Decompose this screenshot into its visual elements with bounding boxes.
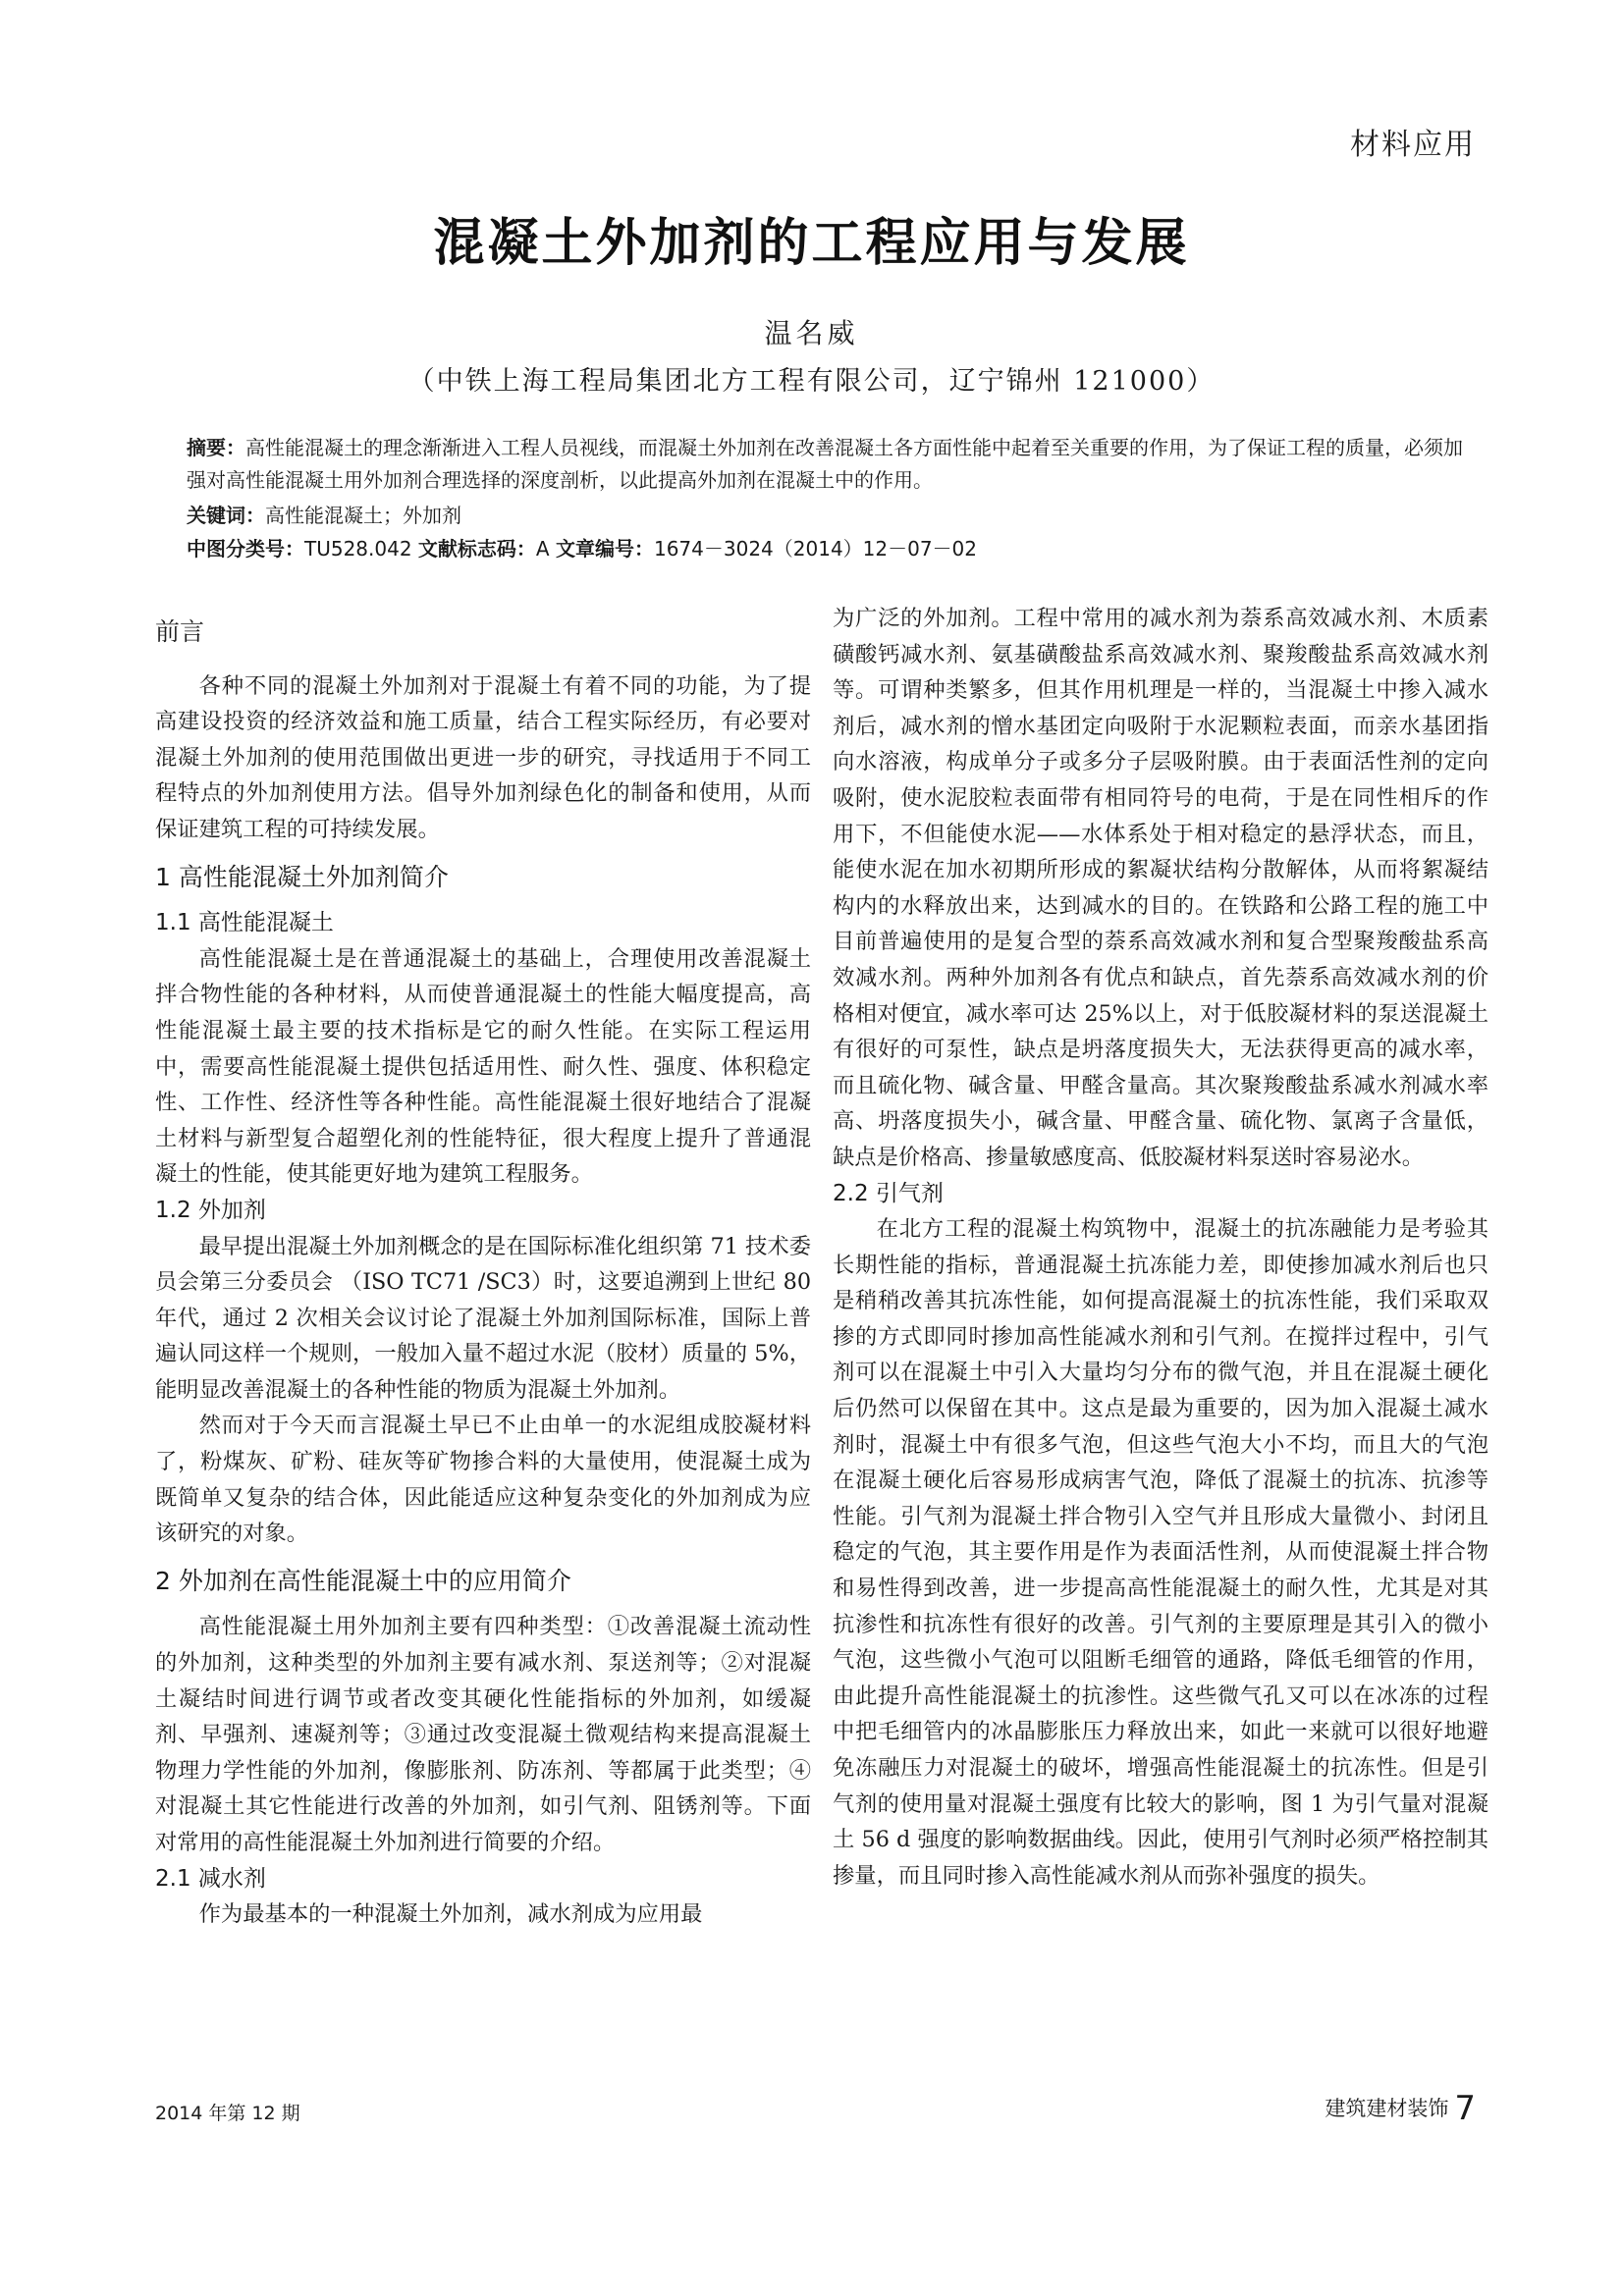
heading-section-1-2: 1.2 外加剂	[155, 1193, 811, 1229]
classification-line: 中图分类号：TU528.042 文献标志码：A 文章编号：1674－3024（2…	[187, 533, 1473, 565]
paragraph-1-2-a: 最早提出混凝土外加剂概念的是在国际标准化组织第 71 技术委员会第三分委员会 （…	[155, 1229, 811, 1409]
heading-section-1: 1 高性能混凝土外加剂简介	[155, 860, 811, 896]
abstract-text: 高性能混凝土的理念渐渐进入工程人员视线，而混凝土外加剂在改善混凝土各方面性能中起…	[187, 436, 1463, 492]
paragraph-2-1-cont: 为广泛的外加剂。工程中常用的减水剂为萘系高效减水剂、木质素磺酸钙减水剂、氨基磺酸…	[833, 601, 1488, 1176]
paragraph-preface: 各种不同的混凝土外加剂对于混凝土有着不同的功能，为了提高建设投资的经济效益和施工…	[155, 668, 811, 848]
heading-preface: 前言	[155, 614, 811, 651]
article-no-label: 文章编号：	[556, 537, 654, 561]
author-affiliation: （中铁上海工程局集团北方工程有限公司，辽宁锦州 121000）	[0, 359, 1623, 398]
heading-section-1-1: 1.1 高性能混凝土	[155, 905, 811, 941]
heading-section-2-1: 2.1 减水剂	[155, 1861, 811, 1897]
heading-section-2: 2 外加剂在高性能混凝土中的应用简介	[155, 1564, 811, 1600]
paragraph-2-2: 在北方工程的混凝土构筑物中，混凝土的抗冻融能力是考验其长期性能的指标，普通混凝土…	[833, 1211, 1488, 1894]
left-column: 前言 各种不同的混凝土外加剂对于混凝土有着不同的功能，为了提高建设投资的经济效益…	[155, 601, 811, 1933]
abstract-label: 摘要：	[187, 436, 245, 459]
paragraph-1-1: 高性能混凝土是在普通混凝土的基础上，合理使用改善混凝土拌合物性能的各种材料，从而…	[155, 941, 811, 1193]
journal-footer: 建筑建材装饰7	[1325, 2089, 1476, 2128]
clc-label: 中图分类号：	[187, 537, 304, 561]
keywords: 关键词：高性能混凝土；外加剂	[187, 500, 1473, 532]
paragraph-2: 高性能混凝土用外加剂主要有四种类型：①改善混凝土流动性的外加剂，这种类型的外加剂…	[155, 1609, 811, 1860]
keywords-label: 关键词：	[187, 504, 265, 527]
clc-value: TU528.042	[304, 537, 412, 561]
page-number: 7	[1454, 2089, 1476, 2128]
section-tag: 材料应用	[1350, 120, 1476, 163]
article-title: 混凝土外加剂的工程应用与发展	[0, 201, 1623, 275]
author-name: 温名威	[0, 312, 1623, 351]
paragraph-2-1-start: 作为最基本的一种混凝土外加剂，减水剂成为应用最	[155, 1896, 811, 1933]
right-column: 为广泛的外加剂。工程中常用的减水剂为萘系高效减水剂、木质素磺酸钙减水剂、氨基磺酸…	[833, 601, 1488, 1894]
doc-code-label: 文献标志码：	[418, 537, 536, 561]
article-no-value: 1674－3024（2014）12－07－02	[654, 537, 977, 561]
paragraph-1-2-b: 然而对于今天而言混凝土早已不止由单一的水泥组成胶凝材料了，粉煤灰、矿粉、硅灰等矿…	[155, 1408, 811, 1551]
abstract: 摘要：高性能混凝土的理念渐渐进入工程人员视线，而混凝土外加剂在改善混凝土各方面性…	[187, 432, 1473, 497]
heading-section-2-2: 2.2 引气剂	[833, 1176, 1488, 1212]
journal-name: 建筑建材装饰	[1325, 2097, 1448, 2120]
keywords-text: 高性能混凝土；外加剂	[265, 504, 461, 527]
issue-info: 2014 年第 12 期	[155, 2099, 300, 2125]
doc-code-value: A	[536, 537, 550, 561]
